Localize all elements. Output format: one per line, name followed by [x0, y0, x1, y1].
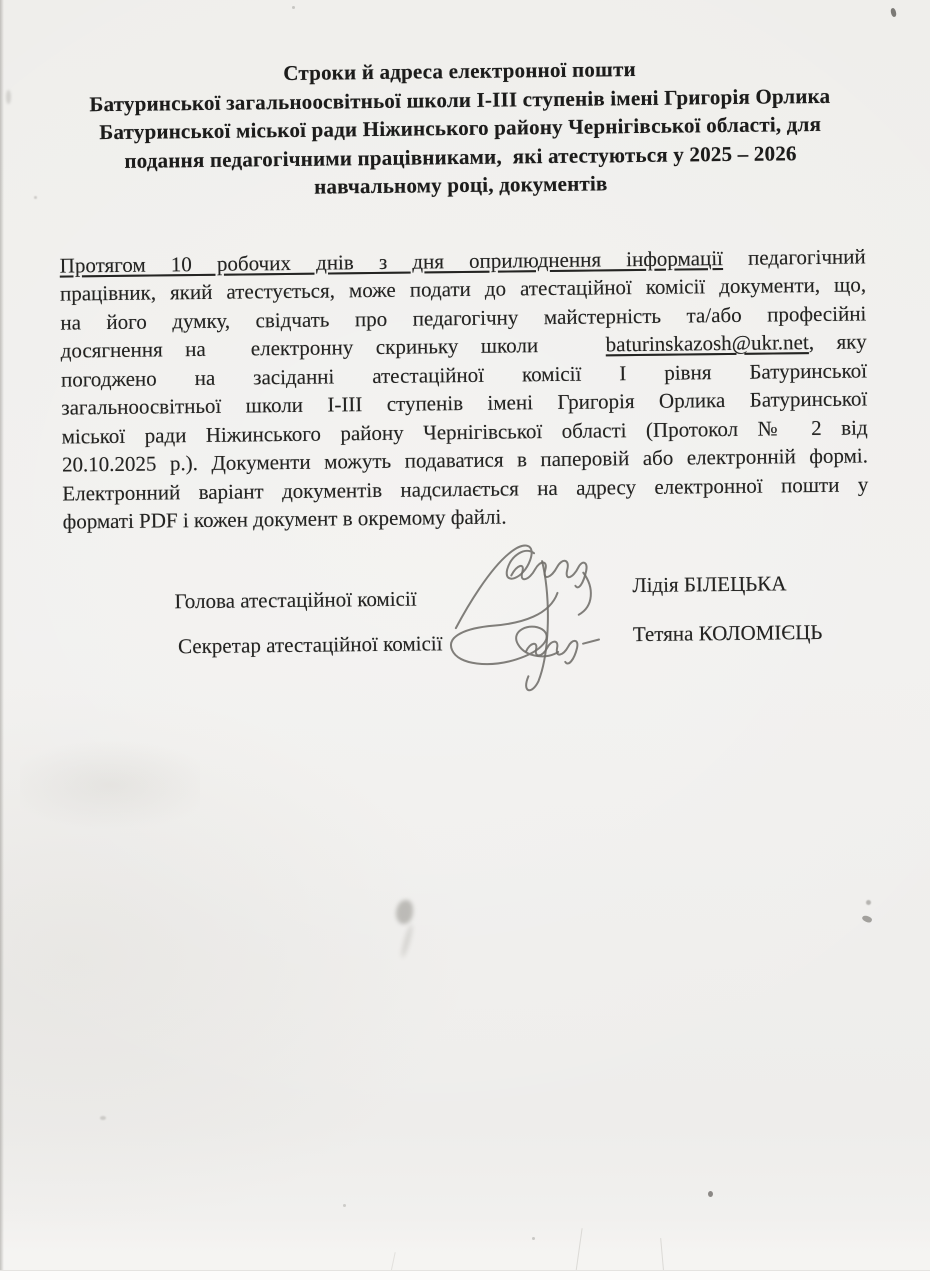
signature-name-secretary: Тетяна КОЛОМІЄЦЬ	[633, 620, 823, 646]
signature-role-secretary: Секретар атестаційної комісії	[178, 631, 443, 658]
document-title: Строки й адреса електронної пошти Батури…	[55, 52, 865, 204]
signature-role-head: Голова атестаційної комісії	[174, 587, 416, 614]
scanned-page: Строки й адреса електронної пошти Батури…	[0, 0, 930, 1280]
body-text: , яку	[809, 330, 867, 355]
handwritten-signature-icon	[437, 530, 624, 702]
document-content: Строки й адреса електронної пошти Батури…	[0, 0, 930, 1280]
signature-name-head: Лідія БІЛЕЦЬКА	[632, 571, 786, 597]
body-paragraph: Протягом 10 робочих днів з дня оприлюдне…	[60, 242, 869, 536]
body-text: досягнення на електронну скриньку школи	[61, 333, 606, 363]
school-email-address: baturinskazosh@ukr.net	[606, 330, 809, 356]
body-text: педагогічний	[723, 244, 866, 270]
